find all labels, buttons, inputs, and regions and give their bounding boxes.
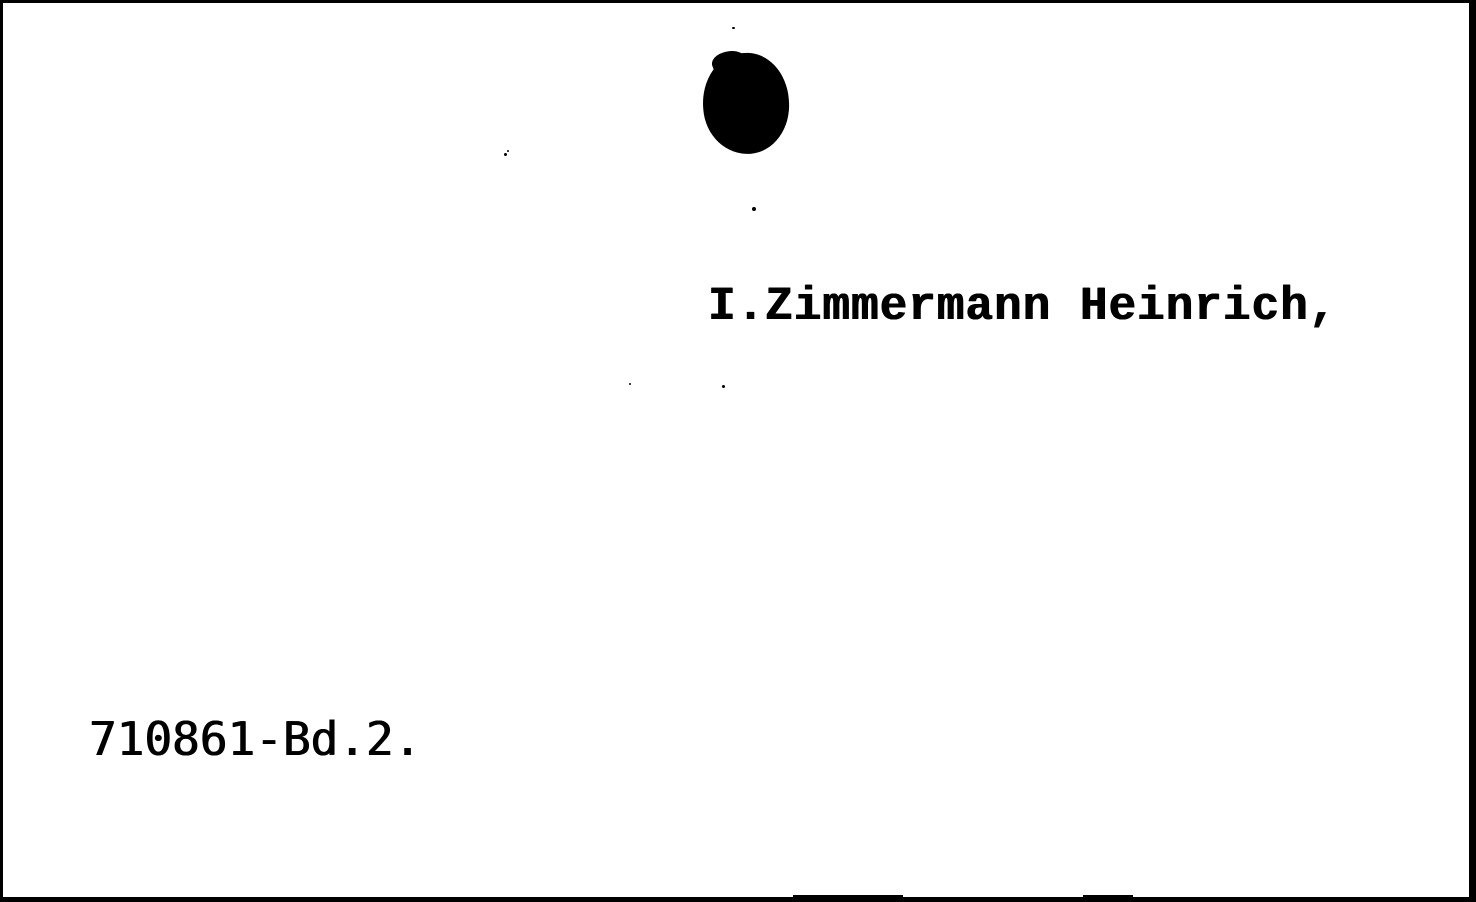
scan-smudge (1083, 895, 1133, 897)
ink-speck (629, 383, 631, 385)
reference-number: 710861-Bd.2. (89, 711, 421, 767)
ink-speck (752, 207, 756, 211)
ink-speck (732, 27, 735, 29)
ink-speck (722, 385, 725, 388)
ink-speck (507, 150, 509, 152)
scan-smudge (793, 895, 903, 897)
ink-speck (504, 153, 507, 156)
index-card: I.Zimmermann Heinrich, 710861-Bd.2. (3, 3, 1469, 897)
person-name: I.Zimmermann Heinrich, (708, 278, 1337, 335)
